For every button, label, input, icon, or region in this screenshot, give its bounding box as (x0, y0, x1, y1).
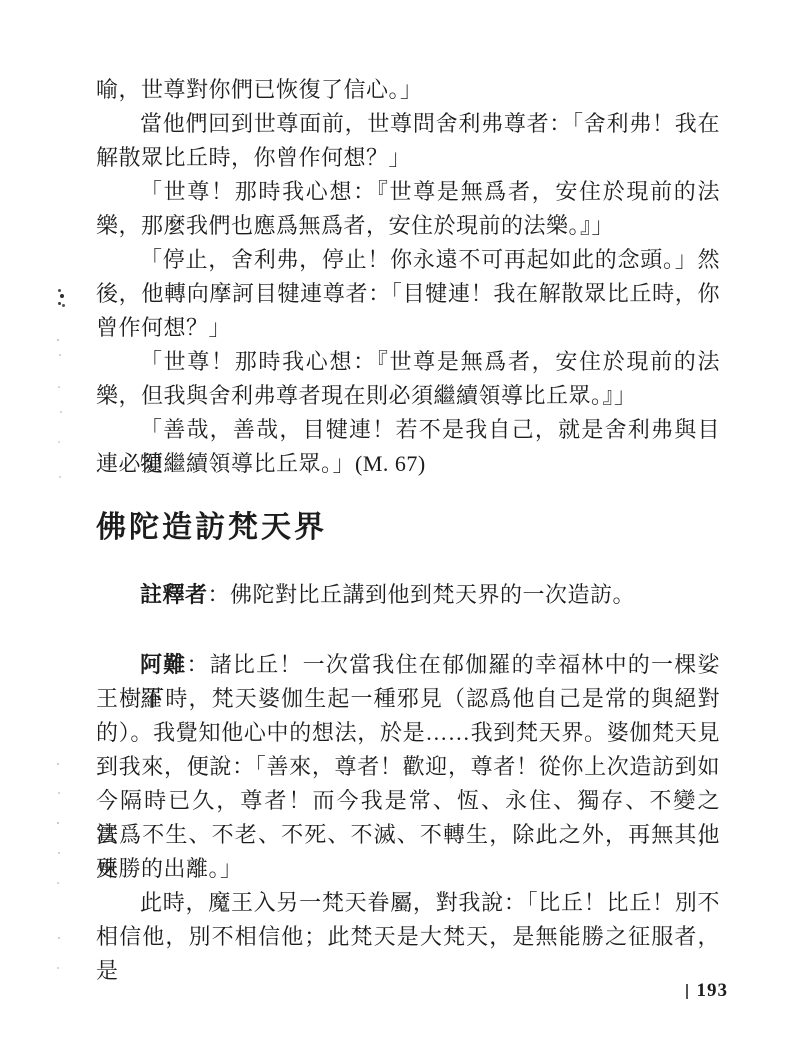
scan-speck (57, 763, 59, 765)
text-line: 解散眾比丘時，你曾作何想？」 (96, 141, 720, 175)
line-text: 「世尊！那時我心想：『世尊是無爲者，安住於現前的法 (140, 179, 720, 204)
scan-speck (57, 339, 59, 341)
scan-speck (57, 822, 59, 824)
line-text: 喻，世尊對你們已恢復了信心。」 (96, 77, 423, 102)
text-line: 今隔時已久，尊者！而今我是常、恆、永住、獨存、不變之法， (96, 784, 720, 818)
text-line: 喻，世尊對你們已恢復了信心。」 (96, 73, 720, 107)
text-block: 喻，世尊對你們已恢復了信心。」當他們回到世尊面前，世尊問舍利弗尊者：「舍利弗！我… (96, 73, 720, 954)
line-text: 「世尊！那時我心想：『世尊是無爲者，安住於現前的法 (140, 349, 720, 374)
annotator-label: 註釋者 (140, 582, 208, 607)
text-line: 「善哉，善哉，目犍連！若不是我自己，就是舍利弗與目犍 (96, 413, 720, 447)
scan-speck (57, 967, 59, 969)
text-line: 「世尊！那時我心想：『世尊是無爲者，安住於現前的法 (96, 345, 720, 379)
scan-speck (60, 411, 62, 413)
section-heading: 佛陀造訪梵天界 (96, 507, 720, 549)
text-line: 當他們回到世尊面前，世尊問舍利弗尊者：「舍利弗！我在 (96, 107, 720, 141)
scan-speck (62, 304, 65, 307)
line-text: 殊勝的出離。」 (96, 856, 243, 881)
line-text: 當他們回到世尊面前，世尊問舍利弗尊者：「舍利弗！我在 (140, 111, 720, 136)
scan-speck (58, 852, 60, 854)
text-line: 連必須繼續領導比丘眾。」(M. 67) (96, 447, 720, 481)
page-number: 193 (686, 980, 729, 1002)
annotator-note: 註釋者：佛陀對比丘講到他到梵天界的一次造訪。 (96, 578, 720, 612)
line-text: 此時，魔王入另一梵天眷屬，對我說：「比丘！比丘！別不 (140, 890, 720, 915)
narrative-paragraph: 阿難：諸比丘！一次當我住在郁伽羅的幸福林中的一棵娑羅王樹下時，梵天婆伽生起一種邪… (96, 648, 720, 954)
page-number-value: 193 (697, 980, 729, 1002)
line-text: 解散眾比丘時，你曾作何想？」 (96, 145, 411, 170)
book-page: 喻，世尊對你們已恢復了信心。」當他們回到世尊面前，世尊問舍利弗尊者：「舍利弗！我… (0, 0, 792, 1056)
text-line: 的）。我覺知他心中的想法，於是……我到梵天界。婆伽梵天見 (96, 716, 720, 750)
scan-speck (58, 289, 61, 292)
text-line: 此時，魔王入另一梵天眷屬，對我說：「比丘！比丘！別不 (96, 886, 720, 920)
scan-speck (60, 294, 64, 298)
scan-speck (58, 792, 60, 794)
line-text: 連必須繼續領導比丘眾。」(M. 67) (96, 451, 426, 476)
text-line: 「停止，舍利弗，停止！你永遠不可再起如此的念頭。」然 (96, 243, 720, 277)
line-text: 樂，那麼我們也應爲無爲者，安住於現前的法樂。』」 (96, 213, 614, 238)
text-line: 樂，那麼我們也應爲無爲者，安住於現前的法樂。』」 (96, 209, 720, 243)
text-line: 到我來，便說：「善來，尊者！歡迎，尊者！從你上次造訪到如 (96, 750, 720, 784)
text-line: 樂，但我與舍利弗尊者現在則必須繼續領導比丘眾。』」 (96, 379, 720, 413)
text-line: 「世尊！那時我心想：『世尊是無爲者，安住於現前的法 (96, 175, 720, 209)
dialogue-paragraph: 喻，世尊對你們已恢復了信心。」當他們回到世尊面前，世尊問舍利弗尊者：「舍利弗！我… (96, 73, 720, 481)
line-text: 到我來，便說：「善來，尊者！歡迎，尊者！從你上次造訪到如 (96, 754, 720, 779)
scan-speck (58, 937, 60, 939)
line-text: 「停止，舍利弗，停止！你永遠不可再起如此的念頭。」然 (140, 247, 720, 272)
text-line: 曾作何想？」 (96, 311, 720, 345)
text-line: 王樹下時，梵天婆伽生起一種邪見（認爲他自己是常的與絕對 (96, 682, 720, 716)
scan-speck (58, 386, 60, 388)
text-line: 殊勝的出離。」 (96, 852, 720, 886)
page-number-separator (686, 984, 688, 999)
speaker-label: 阿難 (140, 652, 186, 677)
scan-speck (58, 441, 60, 443)
line-text: 王樹下時，梵天婆伽生起一種邪見（認爲他自己是常的與絕對 (96, 686, 720, 711)
line-text: 樂，但我與舍利弗尊者現在則必須繼續領導比丘眾。』」 (96, 383, 637, 408)
line-text: 後，他轉向摩訶目犍連尊者：「目犍連！我在解散眾比丘時，你 (96, 281, 720, 306)
text-line: 阿難：諸比丘！一次當我住在郁伽羅的幸福林中的一棵娑羅 (96, 648, 720, 682)
scan-speck (59, 354, 61, 356)
line-text: 曾作何想？」 (96, 315, 231, 340)
line-text: 的）。我覺知他心中的想法，於是……我到梵天界。婆伽梵天見 (96, 720, 720, 745)
text-line: 後，他轉向摩訶目犍連尊者：「目犍連！我在解散眾比丘時，你 (96, 277, 720, 311)
text-line: 相信他，別不相信他；此梵天是大梵天，是無能勝之征服者，是 (96, 920, 720, 954)
text-line: 實爲不生、不老、不死、不滅、不轉生，除此之外，再無其他更 (96, 818, 720, 852)
line-text: 相信他，別不相信他；此梵天是大梵天，是無能勝之征服者，是 (96, 924, 720, 983)
scan-speck (59, 476, 61, 478)
scan-speck (58, 302, 61, 305)
scan-speck (57, 882, 59, 884)
annotator-text: ：佛陀對比丘講到他到梵天界的一次造訪。 (208, 582, 636, 607)
